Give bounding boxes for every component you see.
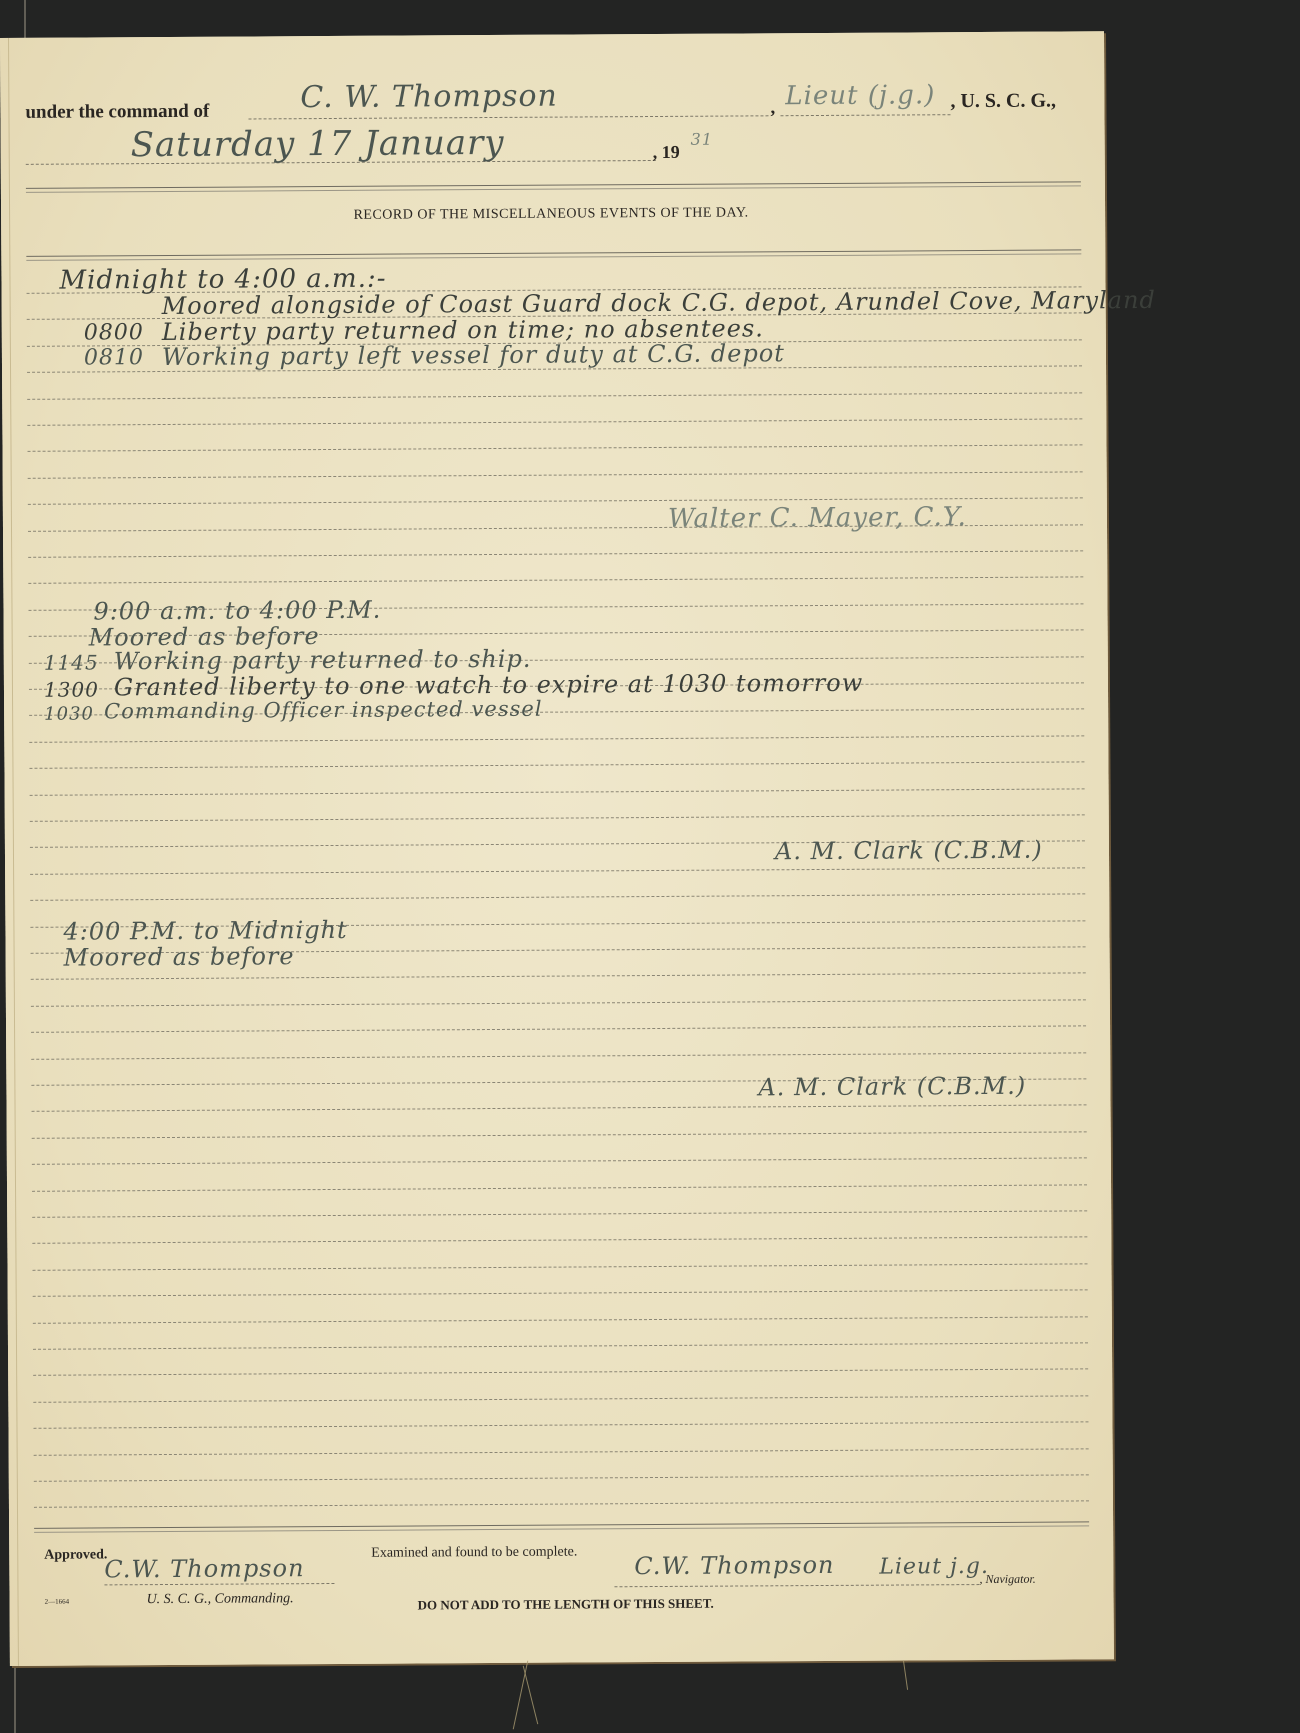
watch-2-period: 9:00 a.m. to 4:00 P.M.: [93, 596, 381, 626]
ruled-line: [34, 1501, 1089, 1508]
loose-thread: [903, 1660, 908, 1690]
year-suffix: 31: [691, 130, 713, 149]
navigator-rank: Lieut j.g.: [879, 1554, 989, 1580]
watch-2-entry-4-time: 1030: [44, 703, 94, 724]
ruled-line: [30, 814, 1085, 821]
ruled-line: [28, 445, 1083, 452]
watch-3-entry-1-text: Moored as before: [64, 942, 295, 971]
approved-label: Approved.: [44, 1547, 107, 1563]
ruled-line: [33, 1369, 1088, 1376]
watch-1-entry-2-time: 0800: [84, 320, 144, 345]
ruled-line: [32, 1237, 1087, 1244]
ruled-line: [29, 762, 1084, 769]
year-prefix: , 19: [653, 142, 680, 163]
ruled-line: [31, 999, 1086, 1006]
footer-divider: [34, 1521, 1089, 1532]
ruled-line: [30, 788, 1085, 795]
ruled-line: [33, 1290, 1088, 1297]
ruled-line: [31, 1052, 1086, 1059]
ruled-line: [31, 973, 1086, 980]
commander-rank: Lieut (j.g.): [785, 80, 935, 111]
ruled-line: [32, 1158, 1087, 1165]
form-number: 2—1664: [45, 1598, 70, 1606]
ruled-line: [31, 1026, 1086, 1033]
ruled-line: [32, 1210, 1087, 1217]
watch-2-entry-4-text: Commanding Officer inspected vessel: [104, 697, 543, 724]
navigator-label: , Navigator.: [979, 1572, 1035, 1587]
ruled-line: [30, 867, 1085, 874]
watch-2-entry-3-time: 1300: [44, 677, 99, 701]
loose-thread: [523, 1666, 538, 1724]
commander-line: [248, 115, 768, 119]
ruled-line: [28, 471, 1083, 478]
header-divider: [26, 181, 1081, 192]
ruled-line: [27, 392, 1082, 399]
watch-2-entry-2-time: 1145: [44, 650, 99, 674]
watch-2-signature: A. M. Clark (C.B.M.): [775, 836, 1043, 866]
length-warning: DO NOT ADD TO THE LENGTH OF THIS SHEET.: [418, 1596, 714, 1614]
title-divider: [26, 249, 1081, 260]
ruled-line: [32, 1131, 1087, 1138]
ruled-line: [33, 1342, 1088, 1349]
ruled-line: [33, 1263, 1088, 1270]
ruled-line: [28, 577, 1083, 584]
command-label: under the command of: [25, 101, 209, 124]
watch-1-entry-3-time: 0810: [84, 345, 144, 370]
approved-line: [104, 1583, 334, 1585]
navigator-signature: C.W. Thompson: [634, 1551, 834, 1580]
ruled-line: [27, 418, 1082, 425]
watch-3-period: 4:00 P.M. to Midnight: [63, 916, 347, 946]
record-title: RECORD OF THE MISCELLANEOUS EVENTS OF TH…: [1, 203, 1101, 226]
loose-thread: [513, 1661, 529, 1730]
commander-name: C. W. Thompson: [300, 79, 558, 116]
service-label: , U. S. C. G.,: [950, 90, 1056, 114]
examined-label: Examined and found to be complete.: [371, 1545, 577, 1562]
binding-edge-bottom: [14, 1660, 16, 1733]
watch-3-signature: A. M. Clark (C.B.M.): [758, 1072, 1026, 1102]
navigator-line: [614, 1584, 979, 1587]
ruled-line: [29, 735, 1084, 742]
approved-signature: C.W. Thompson: [104, 1554, 304, 1583]
ruled-line: [34, 1474, 1089, 1481]
ruled-line: [30, 894, 1085, 901]
ruled-line: [32, 1105, 1087, 1112]
ruled-line: [33, 1316, 1088, 1323]
commanding-label: U. S. C. G., Commanding.: [146, 1591, 293, 1608]
page-left-edge: [8, 38, 19, 1666]
ruled-line: [32, 1184, 1087, 1191]
ruled-line: [33, 1422, 1088, 1429]
watch-1-signature: Walter C. Mayer, C.Y.: [668, 502, 967, 534]
ruled-lines: [0, 31, 1104, 38]
watch-1-entry-3-text: Working party left vessel for duty at C.…: [162, 339, 785, 371]
log-sheet: under the command of C. W. Thompson , Li…: [0, 31, 1114, 1666]
ruled-line: [34, 1448, 1089, 1455]
ruled-line: [33, 1395, 1088, 1402]
rank-line: [780, 114, 950, 116]
ruled-line: [28, 550, 1083, 557]
date-handwritten: Saturday 17 January: [131, 123, 505, 165]
